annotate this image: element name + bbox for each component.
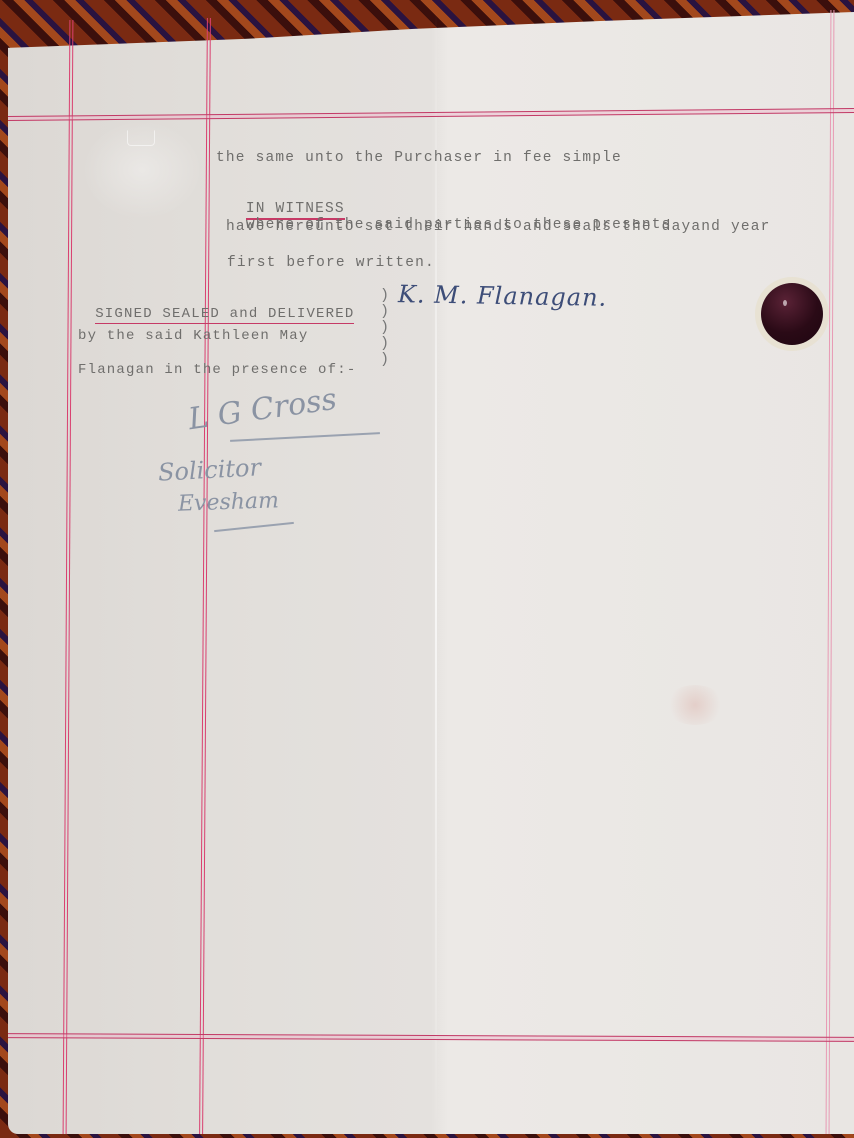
paper-fold [435, 12, 437, 1134]
paper-stain [665, 685, 725, 725]
attestation-heading: SIGNED SEALED and DELIVERED [76, 290, 354, 322]
signed-sealed-label: SIGNED SEALED and DELIVERED [95, 306, 354, 324]
witness-title: Solicitor [157, 453, 261, 486]
body-line-3: have hereunto set their hands and seals … [226, 219, 771, 235]
attestation-line-2: Flanagan in the presence of:- [78, 362, 356, 378]
crown-icon [127, 130, 155, 146]
wax-seal [761, 283, 823, 345]
grantor-signature: K. M. Flanagan. [398, 280, 608, 312]
body-line-4: first before written. [227, 255, 435, 271]
body-line-1: the same unto the Purchaser in fee simpl… [216, 150, 622, 166]
witness-place: Evesham [178, 488, 280, 517]
attestation-brackets: ) ) ) ) ) [380, 288, 389, 368]
wax-seal-highlight [783, 300, 787, 306]
attestation-line-1: by the said Kathleen May [78, 328, 308, 344]
